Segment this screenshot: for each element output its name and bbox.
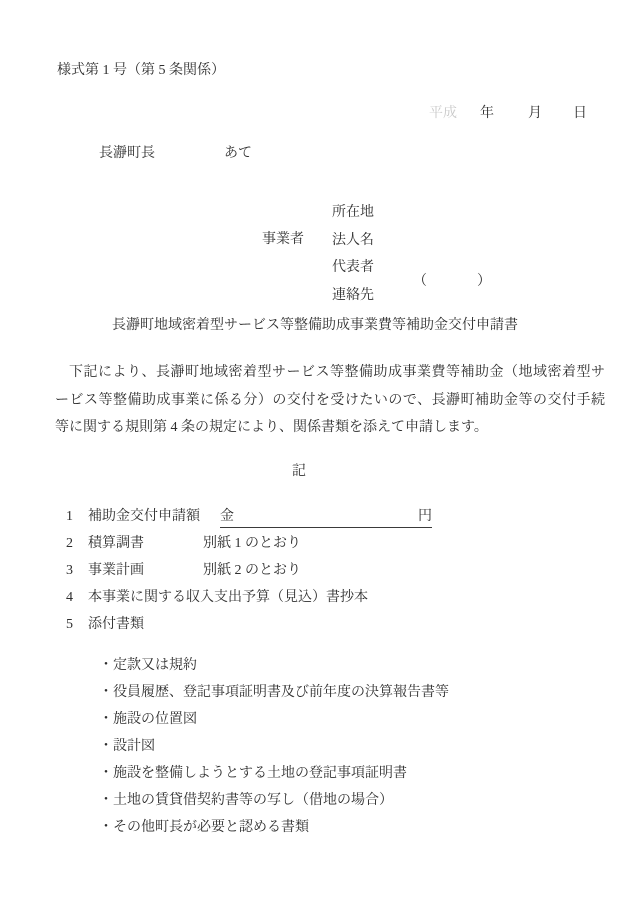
field-label-contact: 連絡先 [332,288,374,303]
applicant-field-contact: 連絡先 （ ） [318,275,578,293]
addressee-line: 長瀞町長あて [85,133,252,175]
era-label: 平成 [429,106,457,121]
bullet-icon: ・ [99,794,113,808]
phone-paren-open: （ [413,275,427,289]
applicant-group-label: 事業者 [262,233,304,247]
bullet-icon: ・ [99,686,113,700]
attachment-text: その他町長が必要と認める書類 [113,820,309,835]
month-label: 月 [528,106,542,121]
field-label-representative: 代表者 [332,260,374,275]
item-number: 4 [66,591,73,605]
item-label: 本事業に関する収入支出予算（見込）書抄本 [88,591,368,605]
attachment-item: ・その他町長が必要と認める書類 [85,807,309,849]
item-label: 積算調書 [88,537,144,551]
applicant-field-corporate-name: 法人名 [318,220,578,238]
applicant-field-representative: 代表者 [318,247,578,265]
list-item-budget-extract: 4 本事業に関する収入支出予算（見込）書抄本 [0,591,630,611]
item-label: 事業計画 [88,564,144,578]
bullet-icon: ・ [99,821,113,835]
ki-marker: 記 [292,465,306,479]
list-item-amount: 1 補助金交付申請額 金 円 [0,510,630,530]
item-value: 別紙 2 のとおり [203,564,301,578]
document-title: 長瀞町地域密着型サービス等整備助成事業費等補助金交付申請書 [0,319,630,333]
bullet-icon: ・ [99,659,113,673]
date-line: 平成年月日 [415,93,587,135]
item-number: 1 [66,510,73,524]
body-line-1: 下記により、長瀞町地域密着型サービス等整備助成事業費等補助金（地域密着型サ [55,359,605,387]
attachment-text: 設計図 [113,739,155,754]
day-label: 日 [573,106,587,121]
body-paragraph: 下記により、長瀞町地域密着型サービス等整備助成事業費等補助金（地域密着型サ ービ… [55,359,605,442]
attachment-text: 役員履歴、登記事項証明書及び前年度の決算報告書等 [113,685,449,700]
item-value: 別紙 1 のとおり [203,537,301,551]
list-item-estimate: 2 積算調書 別紙 1 のとおり [0,537,630,557]
attachment-text: 定款又は規約 [113,658,197,673]
year-label: 年 [480,106,494,121]
attachment-text: 土地の賃貸借契約書等の写し（借地の場合） [113,793,393,808]
recipient-name: 長瀞町長 [99,146,155,161]
form-number: 様式第 1 号（第 5 条関係） [57,64,225,78]
amount-prefix: 金 [220,510,234,524]
bullet-icon: ・ [99,713,113,727]
amount-suffix: 円 [418,510,432,524]
item-number: 5 [66,618,73,632]
bullet-icon: ・ [99,767,113,781]
field-label-corporate-name: 法人名 [332,233,374,248]
field-label-address: 所在地 [332,205,374,220]
item-label: 補助金交付申請額 [88,510,200,524]
item-number: 3 [66,564,73,578]
body-line-2: ービス等整備助成事業に係る分）の交付を受けたいので、長瀞町補助金等の交付手続 [55,387,605,415]
attachment-text: 施設を整備しようとする土地の登記事項証明書 [113,766,407,781]
list-item-attached-documents: 5 添付書類 [0,618,630,638]
item-label: 添付書類 [88,618,144,632]
body-line-3: 等に関する規則第 4 条の規定により、関係書類を添えて申請します。 [55,414,605,442]
list-item-business-plan: 3 事業計画 別紙 2 のとおり [0,564,630,584]
document-page: 様式第 1 号（第 5 条関係） 平成年月日 長瀞町長あて 事業者 所在地 法人… [0,0,630,903]
bullet-icon: ・ [99,740,113,754]
attachment-text: 施設の位置図 [113,712,197,727]
applicant-field-address: 所在地 [318,192,578,210]
to-label: あて [224,146,252,161]
item-number: 2 [66,537,73,551]
amount-blank-underline: 金 円 [220,510,432,528]
phone-paren-close: ） [477,275,491,289]
